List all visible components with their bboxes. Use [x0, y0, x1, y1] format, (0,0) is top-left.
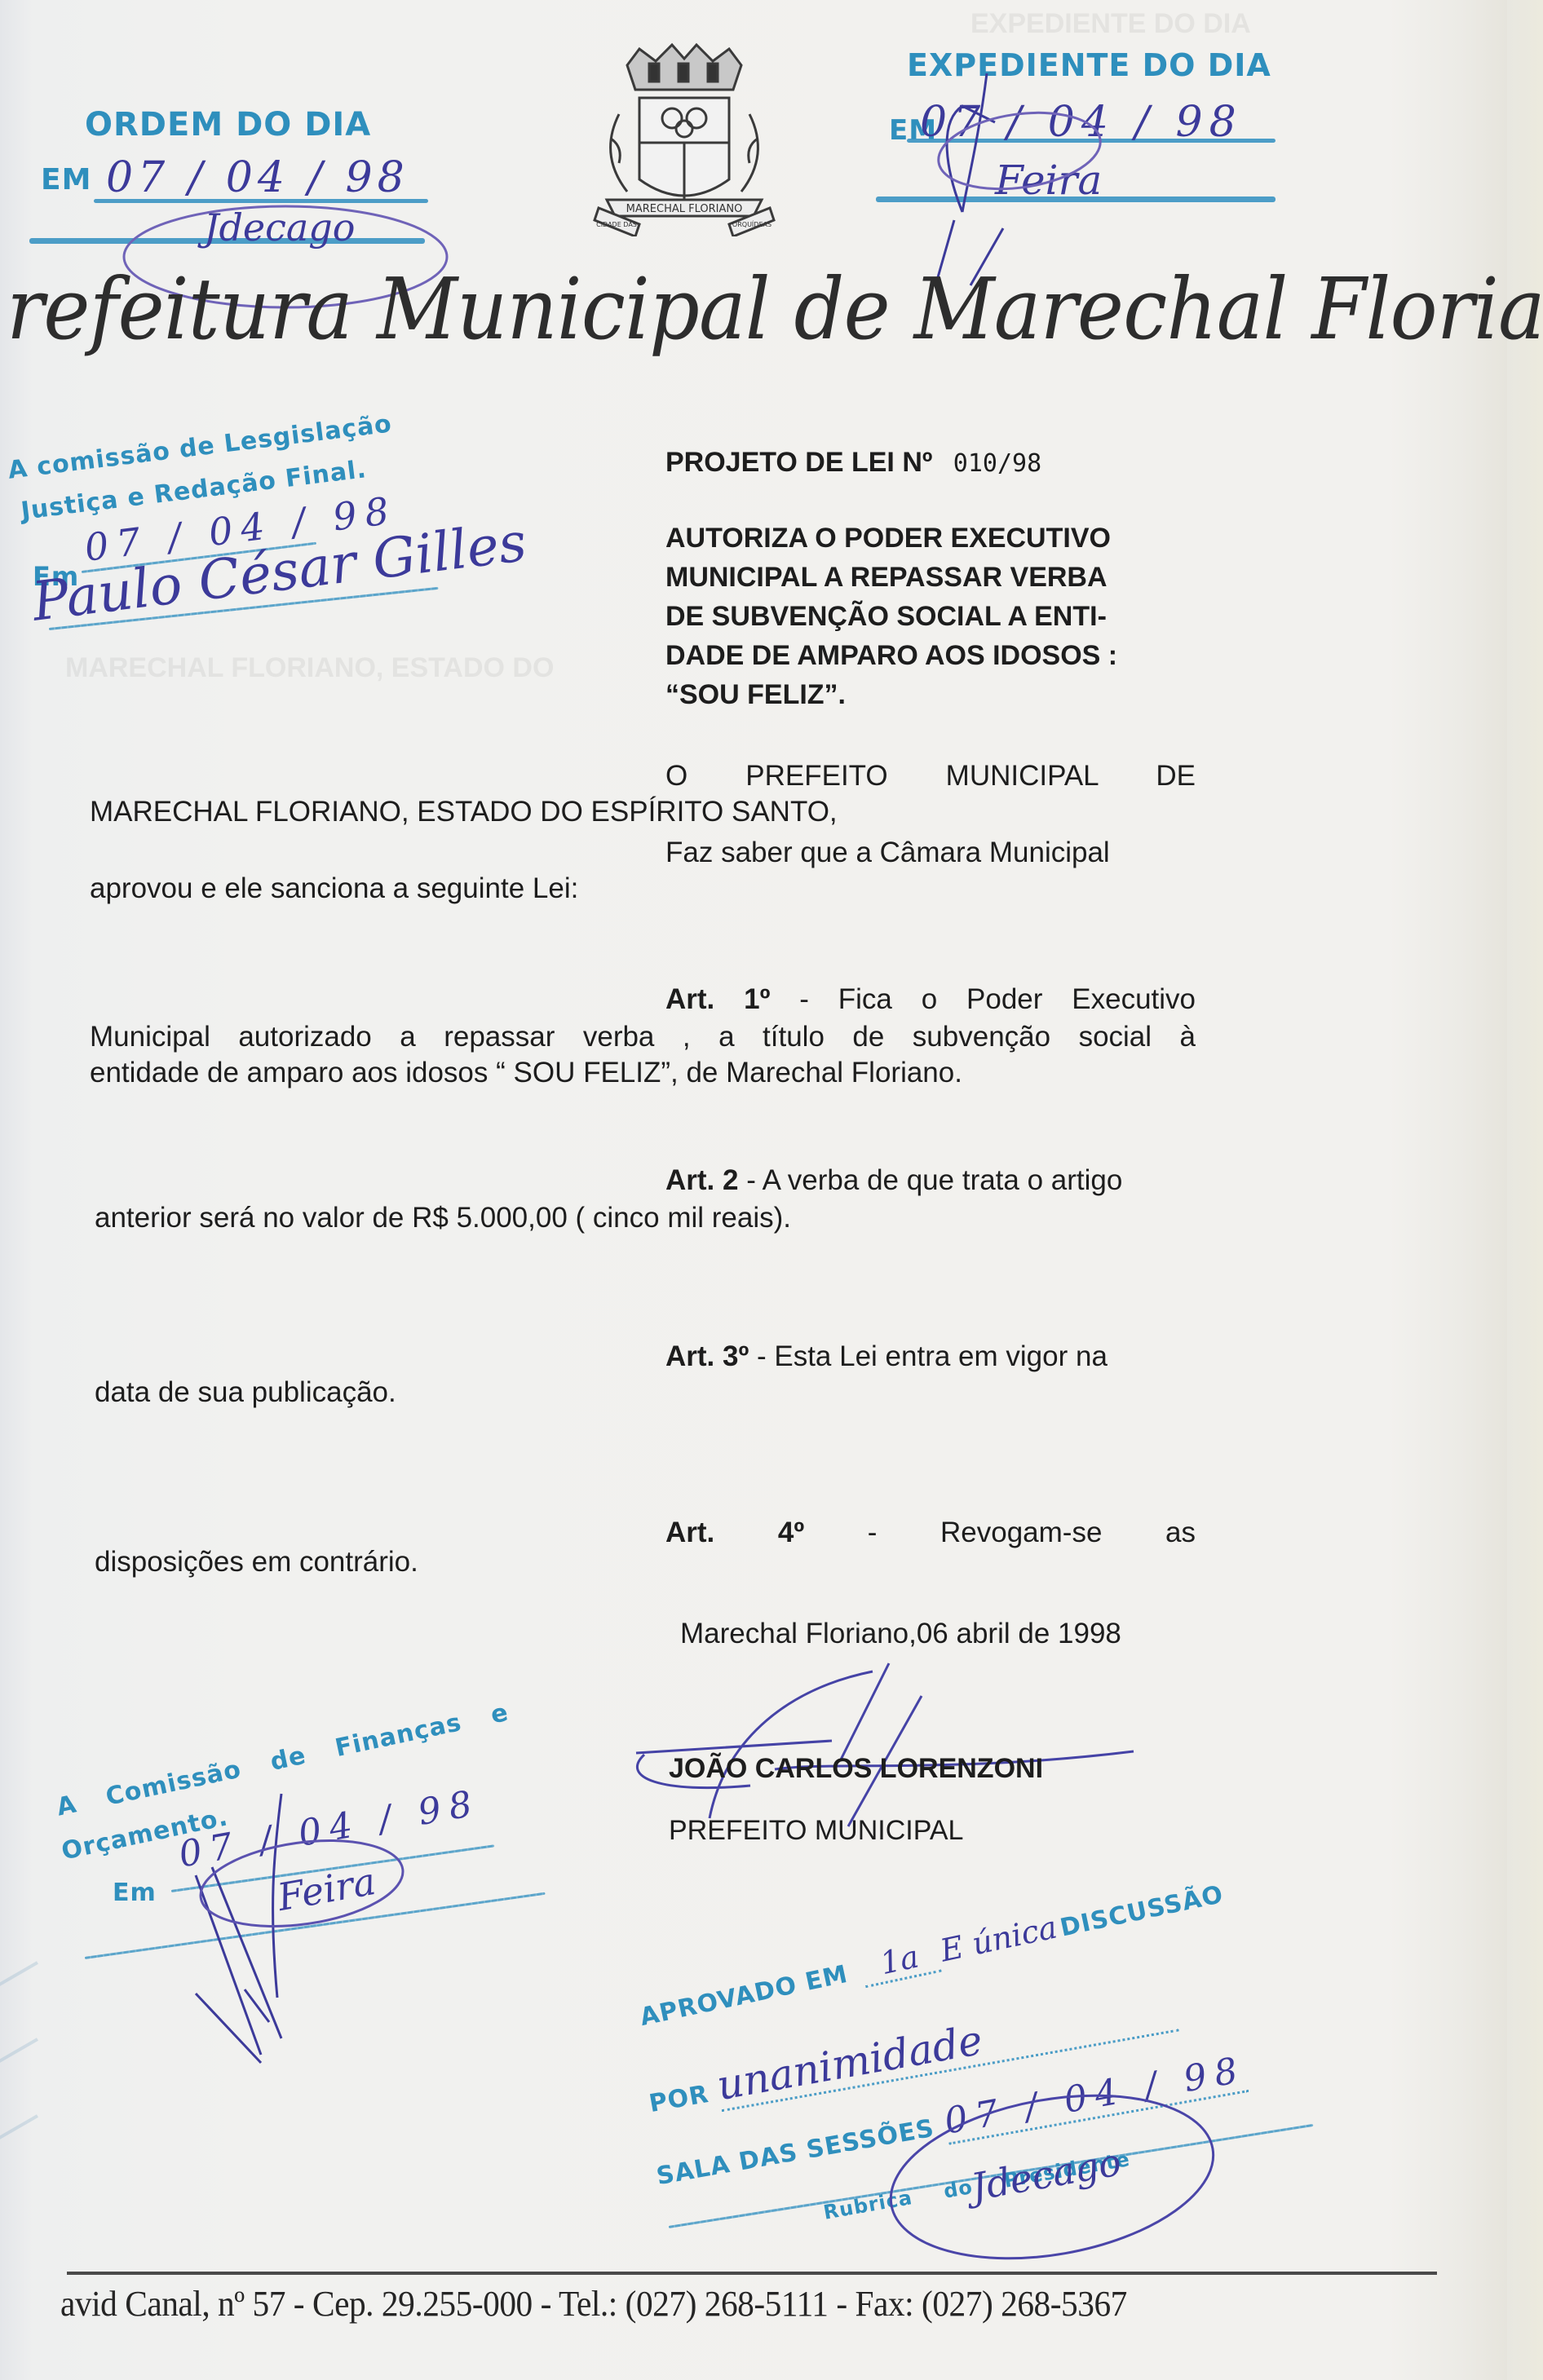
article-label: Art. 4º	[665, 1517, 804, 1548]
signer-name: JOÃO CARLOS LORENZONI	[669, 1753, 1043, 1785]
article-1-line-3: entidade de amparo aos idosos “ SOU FELI…	[90, 1053, 962, 1093]
stamp-title: ORDEM DO DIA	[85, 106, 371, 144]
ementa-line: DADE DE AMPARO AOS IDOSOS :	[665, 636, 1220, 675]
stamp-label: APROVADO EM	[638, 1960, 851, 2032]
svg-text:CIDADE DAS: CIDADE DAS	[596, 221, 637, 228]
article-3-line-2: data de sua publicação.	[95, 1373, 396, 1412]
project-number: 010/98	[953, 449, 1041, 478]
hand-entry: 1a	[858, 1934, 942, 1988]
article-3-first-line: Art. 3º - Esta Lei entra em vigor na	[665, 1337, 1108, 1376]
ementa-line: AUTORIZA O PODER EXECUTIVO	[665, 519, 1220, 558]
preamble-line-1: O PREFEITO MUNICIPAL DE	[665, 757, 1196, 796]
article-label: Art. 2	[665, 1164, 738, 1196]
footer-rule	[67, 2272, 1437, 2275]
article-4-first-line: Art. 4º - Revogam-se as	[665, 1513, 1196, 1552]
ementa-line: DE SUBVENÇÃO SOCIAL A ENTI-	[665, 597, 1220, 636]
preamble-line-3: Faz saber que a Câmara Municipal	[665, 833, 1110, 872]
article-2-line-2: anterior será no valor de R$ 5.000,00 ( …	[95, 1199, 791, 1238]
preamble-line-2: MARECHAL FLORIANO, ESTADO DO ESPÍRITO SA…	[90, 793, 838, 832]
ementa-line: MUNICIPAL A REPASSAR VERBA	[665, 558, 1220, 597]
hand-entry: E única	[937, 1909, 1060, 1968]
project-label: PROJETO DE LEI Nº 010/98	[665, 447, 1041, 479]
municipal-crest-icon: MARECHAL FLORIANO CIDADE DAS ORQUÍDEAS	[590, 41, 778, 236]
footer-address: avid Canal, nº 57 - Cep. 29.255-000 - Te…	[60, 2283, 1127, 2325]
bleed-through-text: MARECHAL FLORIANO, ESTADO DO	[65, 652, 554, 684]
article-label: Art. 3º	[665, 1340, 749, 1372]
preamble-line-4: aprovou e ele sanciona a seguinte Lei:	[90, 869, 578, 908]
article-text: - Esta Lei entra em vigor na	[757, 1340, 1108, 1372]
mayor-signature	[628, 1631, 1150, 1826]
svg-text:MARECHAL FLORIANO: MARECHAL FLORIANO	[626, 203, 743, 215]
rubric-oval	[881, 2087, 1223, 2267]
project-label-text: PROJETO DE LEI Nº	[665, 447, 932, 478]
ementa: AUTORIZA O PODER EXECUTIVO MUNICIPAL A R…	[665, 519, 1220, 714]
bleed-through-text: EXPEDIENTE DO DIA	[970, 8, 1251, 40]
stamp-label: DISCUSSÃO	[1058, 1880, 1226, 1943]
stamp-label: POR	[647, 2080, 711, 2118]
article-text: - Fica o Poder Executivo	[799, 983, 1196, 1015]
stamp-em-label: Em	[113, 1879, 157, 1907]
article-4-line-2: disposições em contrário.	[95, 1543, 418, 1582]
stamp-date: 07 / 04 / 98	[106, 153, 409, 202]
article-text: - Revogam-se as	[868, 1517, 1196, 1548]
margin-stamp-bleed	[0, 1924, 57, 2267]
signature-stroke	[179, 1794, 424, 2071]
article-text: - A verba de que trata o artigo	[746, 1164, 1122, 1196]
signer-title: PREFEITO MUNICIPAL	[669, 1815, 963, 1847]
article-1-line-2: Municipal autorizado a repassar verba , …	[90, 1018, 1196, 1057]
article-1-first-line: Art. 1º - Fica o Poder Executivo	[665, 980, 1196, 1019]
letterhead-title: refeitura Municipal de Marechal Floriano	[7, 259, 1543, 359]
signature-stroke	[930, 73, 1093, 285]
article-2-first-line: Art. 2 - A verba de que trata o artigo	[665, 1161, 1122, 1200]
svg-text:ORQUÍDEAS: ORQUÍDEAS	[732, 219, 771, 228]
ementa-line: “SOU FELIZ”.	[665, 675, 1220, 714]
stamp-em-label: EM	[41, 163, 91, 196]
article-label: Art. 1º	[665, 983, 770, 1015]
